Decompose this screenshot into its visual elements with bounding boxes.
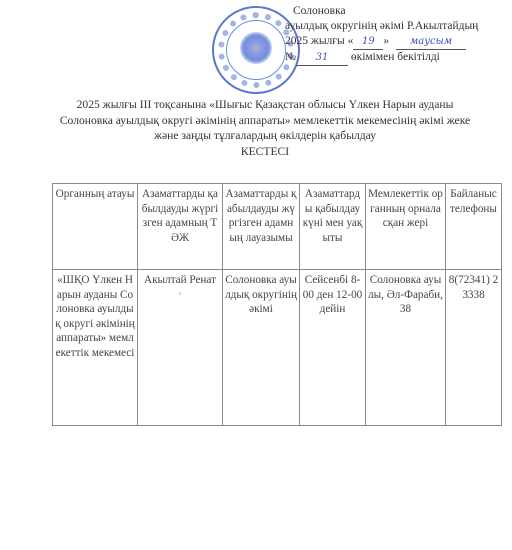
ink-mark: ' bbox=[140, 292, 220, 300]
approval-number: 31 bbox=[296, 50, 348, 66]
document-title: 2025 жылғы III тоқсанына «Шығыс Қазақста… bbox=[20, 97, 510, 159]
approval-line-2: ауылдық округінің әкімі Р.Акылтайдың bbox=[285, 19, 478, 34]
approval-line-3: 2025 жылғы «19» маусым bbox=[285, 34, 478, 50]
col-header-schedule: Азаматтарды қабылдау күні мен уақыты bbox=[300, 184, 366, 270]
title-line-2: Солоновка ауылдық округі әкімінің аппара… bbox=[20, 113, 510, 129]
title-line-3: және заңды тұлғалардың өкілдерін қабылда… bbox=[20, 128, 510, 144]
approval-day: 19 bbox=[353, 34, 383, 50]
cell-name: Акылтай Ренат bbox=[144, 274, 216, 286]
approval-year: 2025 жылғы « bbox=[285, 35, 353, 47]
col-header-name: Азаматтарды қабылдауды жүргізген адамның… bbox=[138, 184, 223, 270]
col-header-position: Азаматтарды қабылдауды жүргізген адамның… bbox=[223, 184, 300, 270]
title-line-1: 2025 жылғы III тоқсанына «Шығыс Қазақста… bbox=[20, 97, 510, 113]
cell-schedule: Сейсенбі 8-00 ден 12-00 дейін bbox=[300, 270, 366, 426]
col-header-location: Мемлекеттік органның орналасқан жері bbox=[366, 184, 446, 270]
table-row: «ШҚО Үлкен Нарын ауданы Солоновка ауылды… bbox=[53, 270, 502, 426]
cell-position: Солоновка ауылдық округінің әкімі bbox=[223, 270, 300, 426]
approval-number-sign: № bbox=[285, 51, 296, 63]
table-header-row: Органның атауы Азаматтарды қабылдауды жү… bbox=[53, 184, 502, 270]
cell-location: Солоновка ауылы, Әл-Фараби, 38 bbox=[366, 270, 446, 426]
cell-phone: 8(72341) 23338 bbox=[446, 270, 502, 426]
approval-line-1: Солоновка bbox=[285, 4, 478, 19]
approval-line-4: №31 өкімімен бекітілді bbox=[285, 50, 478, 66]
col-header-phone: Байланыс телефоны bbox=[446, 184, 502, 270]
state-emblem-icon bbox=[240, 32, 272, 64]
title-line-4: КЕСТЕСІ bbox=[20, 144, 510, 160]
approval-month: маусым bbox=[396, 34, 466, 50]
approval-day-suffix: » bbox=[383, 35, 389, 47]
col-header-organ: Органның атауы bbox=[53, 184, 138, 270]
cell-name-wrap: Акылтай Ренат ' bbox=[138, 270, 223, 426]
reception-schedule-table: Органның атауы Азаматтарды қабылдауды жү… bbox=[52, 183, 502, 426]
cell-organ: «ШҚО Үлкен Нарын ауданы Солоновка ауылды… bbox=[53, 270, 138, 426]
approval-decree-text: өкімімен бекітілді bbox=[351, 51, 440, 63]
approval-block: Солоновка ауылдық округінің әкімі Р.Акыл… bbox=[285, 4, 478, 66]
